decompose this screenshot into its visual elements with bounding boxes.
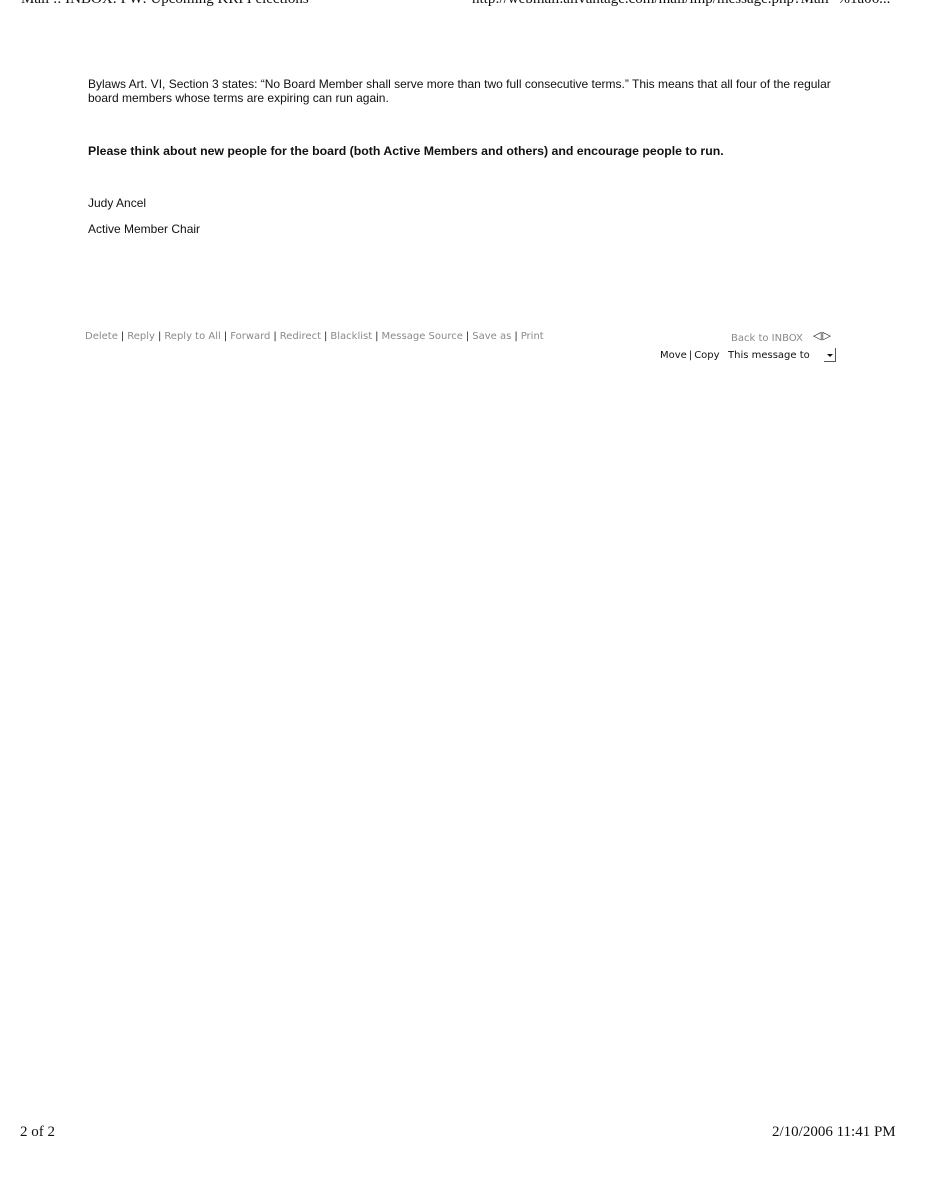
blacklist-link[interactable]: Blacklist xyxy=(330,331,372,342)
target-folder-select-value: This message to xyxy=(728,350,810,361)
signature-name: Judy Ancel xyxy=(88,196,146,210)
separator: | xyxy=(158,331,161,342)
separator: | xyxy=(466,331,469,342)
triangle-right-icon[interactable]: ▷ xyxy=(822,329,831,342)
copy-link[interactable]: Copy xyxy=(694,350,719,361)
print-link[interactable]: Print xyxy=(521,331,544,342)
forward-link[interactable]: Forward xyxy=(230,331,270,342)
message-paragraph-bold: Please think about new people for the bo… xyxy=(88,144,724,158)
reply-link[interactable]: Reply xyxy=(127,331,155,342)
separator: | xyxy=(375,331,378,342)
separator: | xyxy=(689,350,692,361)
move-copy-controls: Move|Copy xyxy=(660,350,720,361)
signature-title: Active Member Chair xyxy=(88,222,200,236)
message-navigation: ◁▷ xyxy=(813,329,832,342)
reply-to-all-link[interactable]: Reply to All xyxy=(164,331,221,342)
separator: | xyxy=(121,331,124,342)
target-folder-select[interactable]: This message to xyxy=(728,348,838,363)
page-url: http://webmail.allvantage.com/mail/imp/m… xyxy=(472,0,890,8)
page-count: 2 of 2 xyxy=(20,1124,55,1141)
chevron-down-icon[interactable] xyxy=(824,348,836,362)
move-link[interactable]: Move xyxy=(660,350,687,361)
message-source-link[interactable]: Message Source xyxy=(382,331,463,342)
print-header: Mail :: INBOX: FW: Upcoming KRFI electio… xyxy=(0,0,935,11)
page-title: Mail :: INBOX: FW: Upcoming KRFI electio… xyxy=(21,0,309,8)
back-to-inbox-link[interactable]: Back to INBOX xyxy=(731,333,803,344)
print-datetime: 2/10/2006 11:41 PM xyxy=(772,1124,896,1141)
save-as-link[interactable]: Save as xyxy=(472,331,511,342)
separator: | xyxy=(514,331,517,342)
redirect-link[interactable]: Redirect xyxy=(280,331,321,342)
separator: | xyxy=(273,331,276,342)
message-paragraph: Bylaws Art. VI, Section 3 states: “No Bo… xyxy=(88,77,848,105)
separator: | xyxy=(324,331,327,342)
delete-link[interactable]: Delete xyxy=(85,331,118,342)
separator: | xyxy=(224,331,227,342)
message-actions-bar: Delete|Reply|Reply to All|Forward|Redire… xyxy=(85,331,544,342)
